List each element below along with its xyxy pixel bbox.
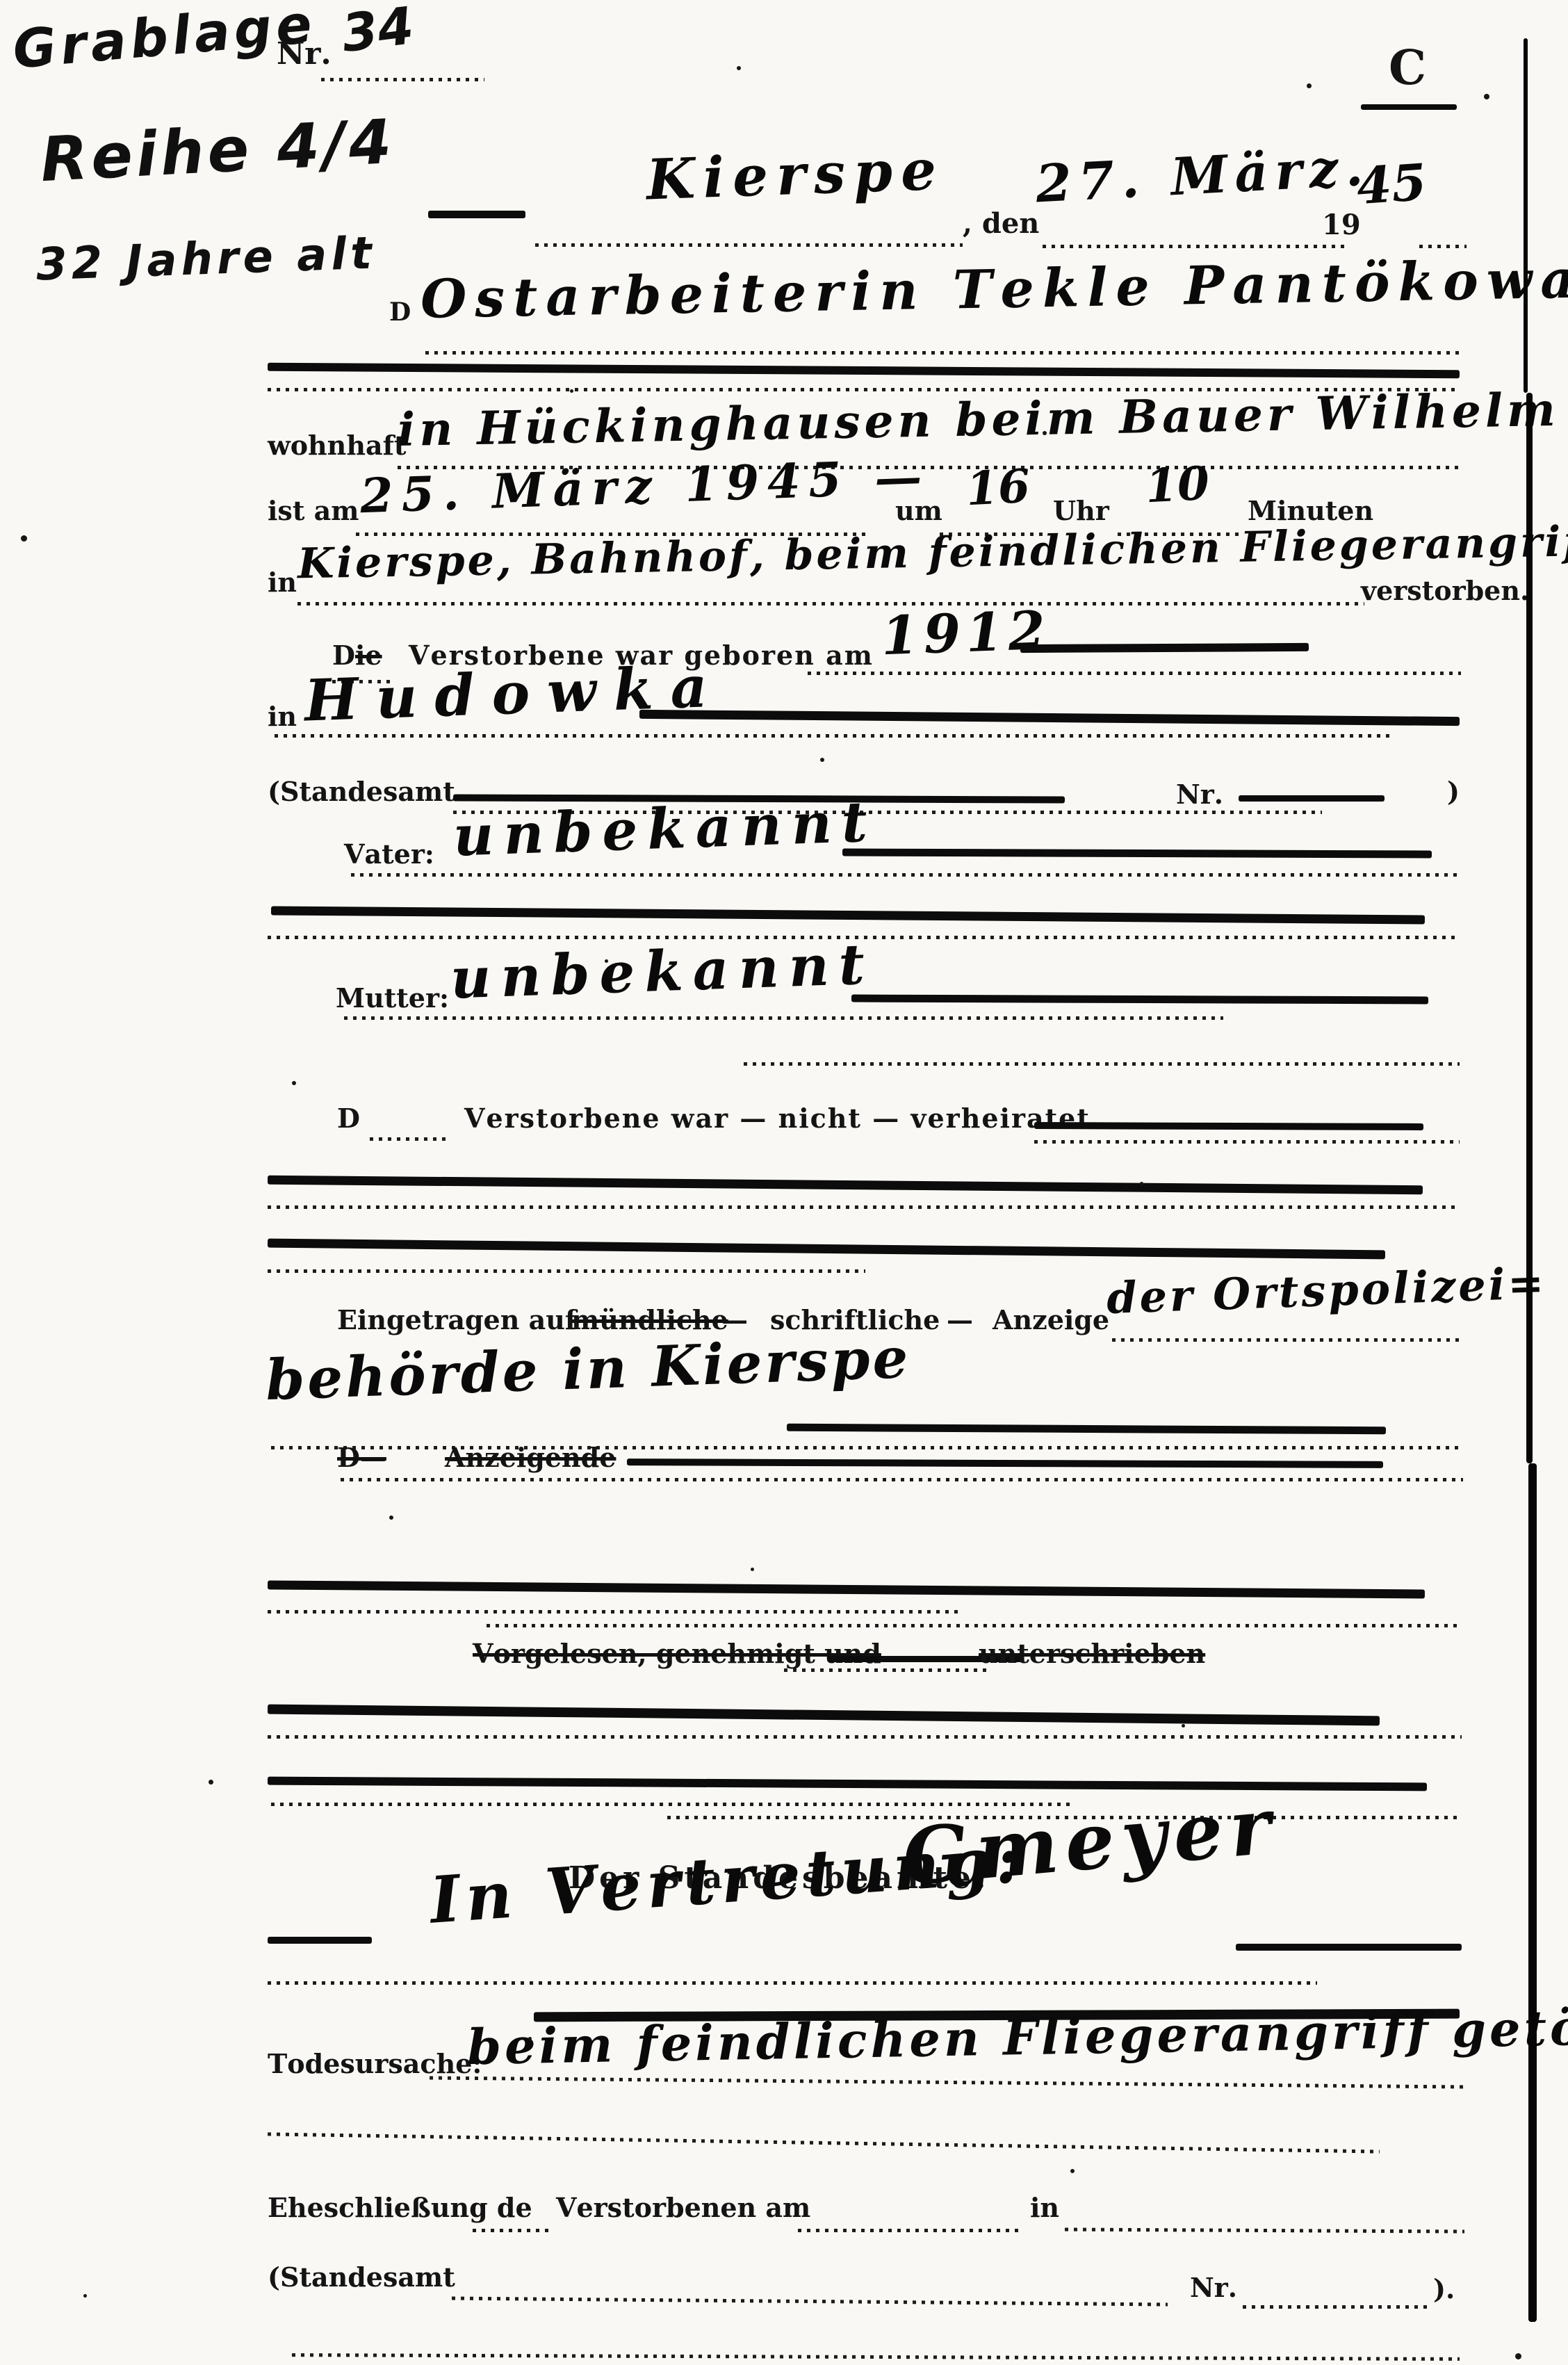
attestation-divider-dots-2 <box>268 1735 1462 1739</box>
birth-in-label: in <box>268 701 297 732</box>
ist-am-label: ist am <box>268 495 359 526</box>
authority-dotted-line1 <box>1112 1338 1463 1342</box>
birth-place-value: Hudowka <box>304 653 726 734</box>
scan-speckle <box>83 2294 87 2298</box>
place-dotted-line <box>535 243 963 247</box>
unterschrieben-label-struck: unterschrieben <box>979 1638 1205 1669</box>
marital-label: Verstorbene war — nicht — verheiratet <box>464 1103 1091 1134</box>
death-date-value: 25. März 1945 — <box>359 449 931 525</box>
attestation-divider-rule-2 <box>268 1705 1380 1726</box>
birth-year-dotted-line <box>808 672 1461 675</box>
scan-speckle <box>1307 83 1312 88</box>
scan-speckle <box>1484 94 1489 99</box>
anzeigende-prefix-struck: D— <box>337 1442 386 1473</box>
scan-speckle <box>1070 2169 1075 2173</box>
grave-nr-value: 34 <box>338 0 417 64</box>
bottom-edge-dots <box>292 2353 1460 2361</box>
signature-bottom-dots <box>268 1981 1317 1985</box>
birth-year-dash <box>1020 643 1309 653</box>
verstorbenen-am-label: Verstorbenen am <box>556 2192 810 2223</box>
page-edge-line-middle <box>1526 393 1533 1463</box>
year-prefix-label: 19 <box>1322 209 1361 241</box>
parents-divider-rule <box>271 906 1425 924</box>
authority-value-line2: behörde in Kierspe <box>265 1325 912 1413</box>
scan-speckle <box>209 1780 213 1785</box>
marriage-in-label: in <box>1030 2192 1059 2223</box>
marital-rule <box>1034 1122 1423 1130</box>
anzeigende-label-struck: Anzeigende <box>445 1442 616 1473</box>
standesamt2-nr-label: Nr. <box>1190 2272 1237 2303</box>
attestation-divider-dots-1b <box>487 1624 1460 1627</box>
standesamt1-label: (Standesamt <box>268 776 455 807</box>
attestation-divider-dots-1a <box>268 1610 963 1614</box>
standesamt2-label: (Standesamt <box>268 2261 455 2293</box>
birth-place-dotted-line <box>275 734 1394 738</box>
scan-speckle <box>1043 431 1047 435</box>
authority-value-line1: der Ortspolizei= <box>1106 1258 1547 1324</box>
age-annotation: 32 Jahre alt <box>35 227 377 291</box>
year-dotted-line <box>1419 245 1467 248</box>
standesamt1-nr-label: Nr. <box>1176 779 1223 810</box>
vater-rule <box>842 849 1432 859</box>
scan-speckle <box>1182 1724 1185 1728</box>
scan-speckle <box>570 389 573 393</box>
vorgelesen-dots <box>784 1668 989 1672</box>
todesursache-label: Todesursache: <box>268 2048 482 2079</box>
deceased-name-dotted-line <box>425 351 1464 355</box>
scan-speckle <box>820 758 824 762</box>
grave-nr-dotted-line <box>321 78 484 81</box>
signature-dash-right <box>1236 1944 1462 1951</box>
marital-divider-rule-1 <box>268 1176 1423 1195</box>
grave-location-annotation: Grablage <box>10 0 318 81</box>
grave-nr-label: Nr. <box>277 36 332 72</box>
anzeigende-rule <box>627 1458 1383 1468</box>
scan-speckle <box>389 1515 393 1520</box>
cause-dotted-line-2 <box>268 2132 1380 2153</box>
eingetragen-label: Eingetragen auf <box>337 1304 576 1335</box>
marital-divider-dots-1 <box>268 1205 1460 1209</box>
marital-prefix-dots <box>370 1137 450 1141</box>
date-dotted-line <box>1043 245 1345 248</box>
page-edge-line-bottom <box>1528 1463 1537 2322</box>
record-year-value: 45 <box>1355 152 1428 216</box>
anzeigende-dotted-line <box>341 1478 1463 1481</box>
marital-divider-rule-2 <box>268 1239 1385 1260</box>
record-date-value: 27. März. <box>1034 137 1371 214</box>
record-place-value: Kierspe <box>645 137 945 213</box>
eheschliessung-label: Eheschließung de <box>268 2192 532 2223</box>
mutter-value: unbekannt <box>450 931 876 1011</box>
vater-dotted-line <box>351 873 1460 877</box>
signature-top-dots-a <box>271 1803 1070 1806</box>
standesamt1-paren-label: ) <box>1447 776 1460 807</box>
marital-divider-dots-2 <box>268 1269 865 1273</box>
standesamt1-nr-rule <box>1239 795 1385 802</box>
scan-speckle <box>1515 2353 1521 2359</box>
scan-speckle <box>528 2037 532 2040</box>
page-letter-underline <box>1361 104 1457 110</box>
vorgelesen-label-struck: Vorgelesen, genehmigt und <box>473 1638 881 1669</box>
scan-speckle <box>1140 1182 1143 1185</box>
cause-dotted-line-1 <box>430 2076 1467 2088</box>
uhr-label: Uhr <box>1053 495 1109 526</box>
birth-year-value: 1912 <box>881 599 1052 667</box>
standesamt2-dots <box>452 2297 1168 2307</box>
death-minute-value: 10 <box>1144 456 1211 514</box>
attestation-divider-rule-1 <box>268 1580 1425 1598</box>
authority-rule <box>787 1424 1386 1435</box>
death-place-dotted-line <box>297 602 1364 606</box>
grave-row-annotation: Reihe 4/4 <box>39 106 397 196</box>
section-divider-rule <box>268 363 1460 378</box>
mutter-label: Mutter: <box>336 982 449 1014</box>
standesamt2-paren-label: ). <box>1433 2273 1455 2305</box>
marriage-place-dots <box>1065 2227 1464 2233</box>
deceased-prefix-label: D <box>389 298 411 327</box>
marital-dotted-line <box>1034 1140 1460 1144</box>
wohnhaft-label: wohnhaft <box>268 430 406 461</box>
verstorben-label: verstorben. <box>1361 575 1529 606</box>
cause-value: beim feindlichen Fliegerangriff getötet <box>466 1997 1568 2076</box>
registration-dash-2: — <box>947 1304 973 1335</box>
vater-value: unbekannt <box>452 788 879 868</box>
muendliche-label-struck: mündliche <box>571 1304 728 1335</box>
scan-speckle <box>737 66 741 70</box>
um-label: um <box>895 495 942 526</box>
mutter-dotted-line <box>344 1016 1223 1020</box>
anzeige-label: Anzeige <box>993 1304 1109 1335</box>
death-hour-value: 16 <box>965 459 1031 517</box>
page-letter: C <box>1389 40 1426 96</box>
deceased-name-value: Ostarbeiterin Tekle Pantökowa — <box>420 246 1568 330</box>
mutter-second-dotted-line <box>744 1062 1460 1066</box>
scan-speckle <box>605 959 608 963</box>
scan-speckle <box>751 1568 754 1571</box>
signature-dash-left <box>268 1937 372 1944</box>
scan-speckle <box>21 535 27 542</box>
death-in-label: in <box>268 567 297 598</box>
eheschliessung-prefix-dots <box>473 2229 549 2232</box>
den-label: , den <box>963 207 1039 240</box>
page-edge-line-top <box>1524 38 1528 393</box>
marital-prefix-label: D <box>337 1103 360 1134</box>
scan-speckle <box>292 1081 296 1085</box>
header-dash-line <box>428 211 525 218</box>
birth-place-rule <box>639 710 1460 726</box>
mutter-rule <box>851 995 1428 1005</box>
standesamt2-nr-dots <box>1243 2305 1432 2309</box>
registrar-signature: Gmeyer <box>899 1780 1281 1904</box>
vater-label: Vater: <box>344 838 434 870</box>
death-register-page: Grablage Nr. 34 Reihe 4/4 32 Jahre alt C… <box>0 0 1568 2365</box>
marriage-date-dots <box>798 2229 1024 2232</box>
